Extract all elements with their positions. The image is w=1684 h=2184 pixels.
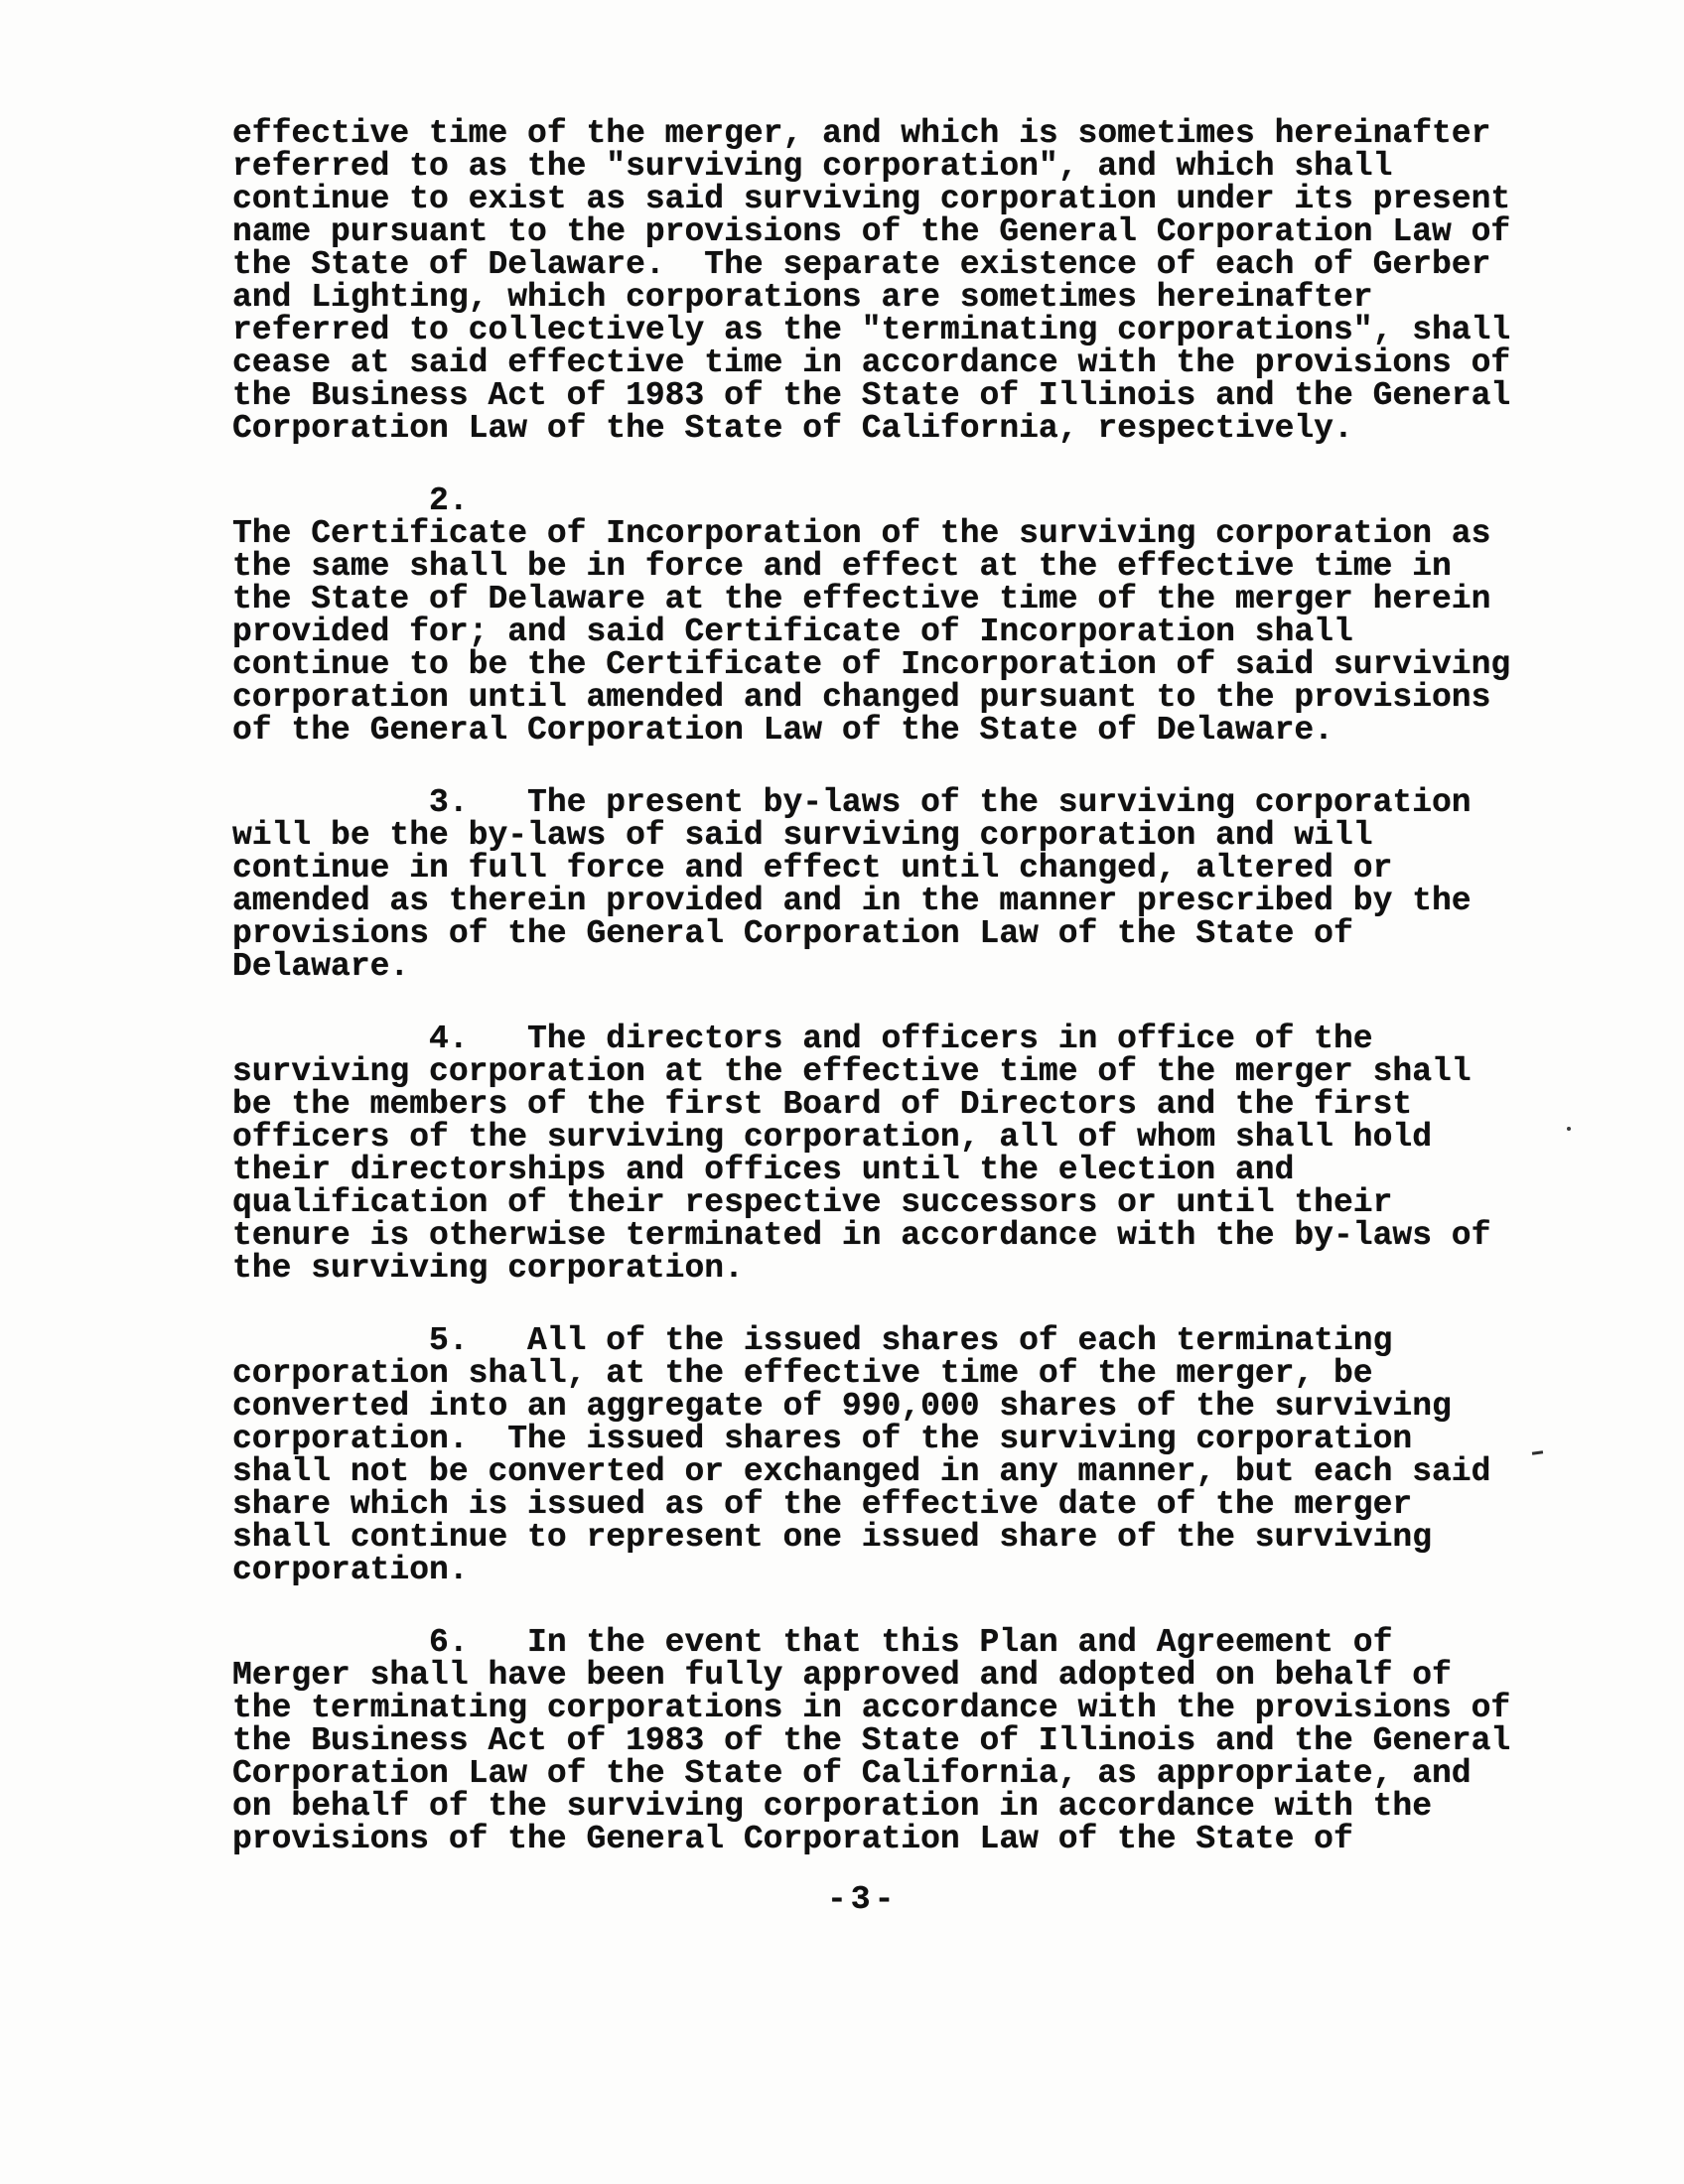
text-line: corporation shall, at the effective time… — [232, 1357, 1563, 1390]
paragraph-5: 5. All of the issued shares of each term… — [232, 1324, 1563, 1586]
paragraph-4: 4. The directors and officers in office … — [232, 1023, 1563, 1285]
text-line: provisions of the General Corporation La… — [232, 1823, 1563, 1855]
text-line: cease at said effective time in accordan… — [232, 346, 1563, 379]
paragraph-6: 6. In the event that this Plan and Agree… — [232, 1626, 1563, 1855]
text-line: amended as therein provided and in the m… — [232, 885, 1563, 917]
text-line: referred to as the "surviving corporatio… — [232, 150, 1563, 183]
text-line: shall not be converted or exchanged in a… — [232, 1455, 1563, 1488]
text-line: the Business Act of 1983 of the State of… — [232, 1724, 1563, 1757]
text-line: Corporation Law of the State of Californ… — [232, 412, 1563, 445]
text-line: of the General Corporation Law of the St… — [232, 714, 1563, 747]
text-line: qualification of their respective succes… — [232, 1186, 1563, 1219]
text-line: provided for; and said Certificate of In… — [232, 615, 1563, 648]
text-line: the surviving corporation. — [232, 1252, 1563, 1285]
text-line: provisions of the General Corporation La… — [232, 917, 1563, 950]
text-line: converted into an aggregate of 990,000 s… — [232, 1390, 1563, 1423]
text-line: the State of Delaware. The separate exis… — [232, 248, 1563, 281]
text-line: name pursuant to the provisions of the G… — [232, 215, 1563, 248]
text-line: corporation until amended and changed pu… — [232, 681, 1563, 714]
text-line: referred to collectively as the "termina… — [232, 314, 1563, 346]
paragraph-1-continued: effective time of the merger, and which … — [232, 117, 1563, 445]
text-line: 6. In the event that this Plan and Agree… — [232, 1626, 1563, 1659]
text-line: continue to be the Certificate of Incorp… — [232, 648, 1563, 681]
scan-artifact-dot — [1567, 1127, 1571, 1131]
text-line: continue in full force and effect until … — [232, 852, 1563, 885]
text-line: 4. The directors and officers in office … — [232, 1023, 1563, 1055]
text-line: Delaware. — [232, 950, 1563, 983]
text-line: The Certificate of Incorporation of the … — [232, 517, 1563, 550]
text-line: Merger shall have been fully approved an… — [232, 1659, 1563, 1692]
text-line: continue to exist as said surviving corp… — [232, 183, 1563, 215]
text-line: tenure is otherwise terminated in accord… — [232, 1219, 1563, 1252]
text-line: 3. The present by-laws of the surviving … — [232, 786, 1563, 819]
text-line: corporation. The issued shares of the su… — [232, 1423, 1563, 1455]
text-line: officers of the surviving corporation, a… — [232, 1121, 1563, 1154]
text-line: the same shall be in force and effect at… — [232, 550, 1563, 583]
text-line: be the members of the first Board of Dir… — [232, 1088, 1563, 1121]
text-line: shall continue to represent one issued s… — [232, 1521, 1563, 1554]
text-line: their directorships and offices until th… — [232, 1154, 1563, 1186]
text-line: corporation. — [232, 1554, 1563, 1586]
text-line: the Business Act of 1983 of the State of… — [232, 379, 1563, 412]
page-number: -3- — [827, 1883, 898, 1916]
text-line: effective time of the merger, and which … — [232, 117, 1563, 150]
paragraph-2: 2.The Certificate of Incorporation of th… — [232, 484, 1563, 747]
text-line: 2. — [232, 484, 1563, 517]
text-line: share which is issued as of the effectiv… — [232, 1488, 1563, 1521]
text-line: the terminating corporations in accordan… — [232, 1692, 1563, 1724]
text-line: will be the by-laws of said surviving co… — [232, 819, 1563, 852]
text-line: surviving corporation at the effective t… — [232, 1055, 1563, 1088]
text-line: 5. All of the issued shares of each term… — [232, 1324, 1563, 1357]
document-page: effective time of the merger, and which … — [0, 0, 1684, 2184]
text-line: and Lighting, which corporations are som… — [232, 281, 1563, 314]
text-line: on behalf of the surviving corporation i… — [232, 1790, 1563, 1823]
text-line: the State of Delaware at the effective t… — [232, 583, 1563, 615]
document-body: effective time of the merger, and which … — [232, 117, 1563, 1855]
text-line: Corporation Law of the State of Californ… — [232, 1757, 1563, 1790]
paragraph-3: 3. The present by-laws of the surviving … — [232, 786, 1563, 983]
